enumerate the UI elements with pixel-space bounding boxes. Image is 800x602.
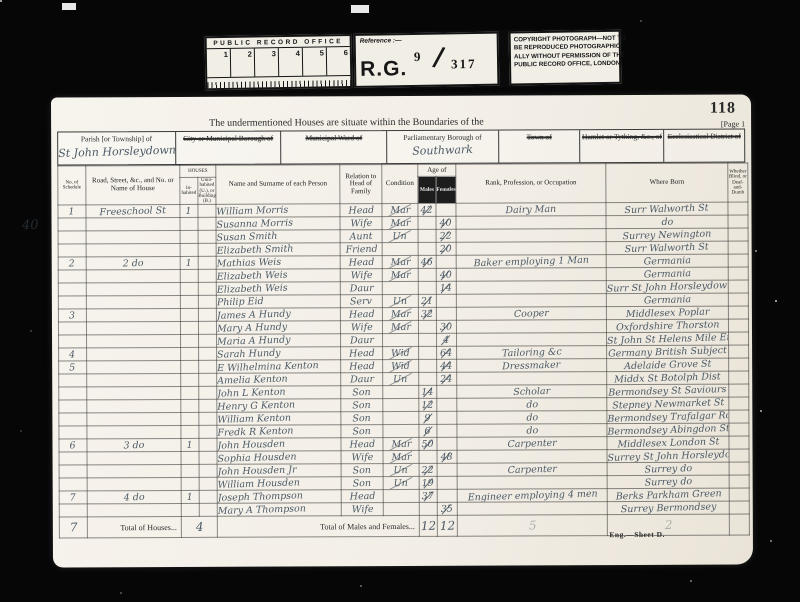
cell-condition: [383, 399, 419, 412]
cell-age_m: 46: [418, 256, 436, 269]
cell-road: [86, 270, 180, 283]
cell-age_f: 48: [437, 451, 457, 464]
cell-relation: Daur: [341, 334, 383, 347]
folio-number: 118: [710, 100, 736, 118]
cell-relation: Daur: [340, 282, 382, 295]
cell-inhabited: [180, 244, 198, 257]
ruler-number: 2: [231, 48, 255, 76]
cell-schedule: [59, 426, 87, 439]
cell-condition: Mar: [382, 256, 418, 269]
cell-occupation: Dairy Man: [456, 203, 606, 217]
cell-relation: Friend: [340, 243, 382, 256]
cell-road: 3 do: [87, 439, 181, 452]
cell-blind: [729, 332, 749, 345]
ruler-number: 6: [327, 47, 350, 75]
scan-noise: [0, 0, 2, 2]
cell-uninhabited: [199, 491, 217, 504]
cell-blind: [729, 475, 749, 488]
cell-occupation: [456, 229, 606, 243]
cell-uninhabited: [198, 244, 216, 257]
cell-age_m: [418, 230, 436, 243]
col-males: Males: [418, 176, 436, 203]
col-name: Name and Surname of each Person: [216, 165, 340, 205]
cell-age_f: 40: [436, 269, 456, 282]
cell-uninhabited: [199, 504, 217, 517]
col-road: Road, Street, &c., and No. or Name of Ho…: [86, 165, 180, 205]
cell-blind: [729, 462, 749, 475]
cell-age_m: [418, 217, 436, 230]
cell-age_m: [418, 269, 436, 282]
cell-age_m: 37: [419, 490, 437, 503]
cell-born: Germany British Subject: [607, 345, 729, 359]
cell-age_f: 44: [437, 360, 457, 373]
cell-age_f: [436, 204, 456, 217]
cell-name: Mathias Weis: [216, 256, 340, 270]
cell-occupation: [457, 333, 607, 347]
cell-age_m: 32: [418, 308, 436, 321]
cell-condition: Mar: [383, 438, 419, 451]
cell-schedule: [58, 270, 86, 283]
ruler-ticks: [207, 76, 350, 88]
cell-name: Fredk R Kenton: [217, 425, 341, 439]
cell-blind: [728, 280, 748, 293]
cell-schedule: [59, 413, 87, 426]
cell-inhabited: [181, 465, 199, 478]
cell-age_f: [437, 477, 457, 490]
cell-inhabited: [181, 452, 199, 465]
field-municipal-ward: Municipal Ward of: [281, 131, 387, 163]
totals-males: 12: [419, 516, 437, 537]
cell-schedule: 1: [58, 205, 86, 218]
cell-name: William Morris: [216, 204, 340, 218]
cell-blind: [729, 345, 749, 358]
cell-uninhabited: [199, 478, 217, 491]
cell-occupation: [457, 450, 607, 464]
cell-relation: Aunt: [340, 230, 382, 243]
totals-faint-a: 5: [457, 515, 607, 537]
cell-relation: Head: [341, 438, 383, 451]
cell-inhabited: [180, 218, 198, 231]
reference-series: R.G.: [360, 57, 408, 82]
cell-age_f: [437, 386, 457, 399]
cell-relation: Head: [341, 360, 383, 373]
cell-inhabited: [180, 231, 198, 244]
pro-reference-stamp: PUBLIC RECORD OFFICE 1 2 3 4 5 6 Referen…: [203, 28, 624, 93]
cell-uninhabited: [198, 322, 216, 335]
cell-relation: Head: [341, 347, 383, 360]
cell-blind: [729, 371, 749, 384]
cell-condition: Un: [383, 373, 419, 386]
cell-occupation: [456, 294, 606, 308]
cell-inhabited: 1: [180, 257, 198, 270]
cell-inhabited: [181, 426, 199, 439]
cell-schedule: [59, 387, 87, 400]
field-value: Southwark: [387, 142, 498, 158]
cell-blind: [729, 410, 749, 423]
cell-occupation: Tailoring &c: [457, 346, 607, 360]
cell-uninhabited: [198, 231, 216, 244]
field-label: City or Municipal Borough of: [176, 135, 281, 144]
cell-born: Surr St John Horsleydown: [606, 280, 728, 294]
col-houses: HOUSES: [180, 165, 216, 177]
cell-uninhabited: [199, 413, 217, 426]
cell-born: Germania: [606, 267, 728, 281]
cell-name: William Kenton: [217, 412, 341, 426]
cell-uninhabited: [199, 465, 217, 478]
cell-name: James A Hundy: [216, 308, 340, 322]
cell-age_m: [418, 243, 436, 256]
cell-age_m: [419, 503, 437, 516]
cell-name: Susanna Morris: [216, 217, 340, 231]
cell-age_m: [419, 347, 437, 360]
film-edge-mark: [62, 3, 76, 12]
cell-blind: [729, 358, 749, 371]
cell-occupation: do: [457, 398, 607, 412]
field-ecclesiastical-district: Ecclesiastical District of: [664, 130, 744, 162]
cell-schedule: [59, 452, 87, 465]
field-label: Parish [or Township] of: [58, 135, 175, 144]
col-females: Females: [436, 176, 456, 203]
cell-schedule: [58, 218, 86, 231]
cell-condition: Wid: [383, 360, 419, 373]
cell-schedule: [59, 465, 87, 478]
cell-occupation: Dressmaker: [457, 359, 607, 373]
cell-road: [87, 361, 181, 374]
cell-born: Surrey Bermondsey: [607, 501, 729, 515]
cell-uninhabited: [199, 361, 217, 374]
ruler-number: 3: [255, 48, 279, 76]
cell-occupation: [456, 216, 606, 230]
pro-ruler: PUBLIC RECORD OFFICE 1 2 3 4 5 6: [205, 34, 353, 90]
cell-inhabited: [180, 270, 198, 283]
cell-name: Philip Eid: [216, 295, 340, 309]
film-edge-mark: [348, 5, 372, 13]
cell-road: [87, 413, 181, 426]
locality-header: Parish [or Township] of St John Horsleyd…: [57, 129, 745, 166]
col-relation: Relation to Head of Family: [340, 165, 382, 204]
cell-road: [87, 400, 181, 413]
cell-occupation: Engineer employing 4 men: [457, 489, 607, 503]
cell-born: St John St Helens Mile End: [607, 332, 729, 346]
cell-condition: Mar: [382, 204, 418, 217]
cell-born: Surr Walworth St: [606, 241, 728, 255]
cell-schedule: [59, 400, 87, 413]
cell-schedule: [59, 374, 87, 387]
cell-uninhabited: [198, 283, 216, 296]
cell-relation: Son: [341, 425, 383, 438]
cell-condition: Un: [383, 477, 419, 490]
cell-occupation: [457, 372, 607, 386]
cell-age_f: [437, 425, 457, 438]
cell-schedule: [59, 504, 87, 517]
cell-name: Henry G Kenton: [217, 399, 341, 413]
cell-occupation: Baker employing 1 Man: [456, 255, 606, 269]
cell-relation: Daur: [341, 373, 383, 386]
cell-road: Freeschool St: [86, 205, 180, 218]
cell-name: Mary A Hundy: [216, 321, 340, 335]
cell-inhabited: [180, 322, 198, 335]
cell-blind: [729, 488, 749, 501]
cell-inhabited: [181, 400, 199, 413]
cell-name: Elizabeth Weis: [216, 282, 340, 296]
cell-name: Amelia Kenton: [217, 373, 341, 387]
cell-age_f: [436, 256, 456, 269]
field-parish: Parish [or Township] of St John Horsleyd…: [58, 132, 176, 165]
cell-name: Elizabeth Smith: [216, 243, 340, 257]
reference-folio: 317: [451, 56, 477, 72]
cell-condition: Un: [382, 230, 418, 243]
cell-relation: Head: [341, 490, 383, 503]
totals-schedule-note: 7: [59, 517, 87, 538]
cell-born: Middlesex Poplar: [606, 306, 728, 320]
cell-condition: Mar: [383, 451, 419, 464]
cell-schedule: 4: [59, 348, 87, 361]
cell-name: E Wilhelmina Kenton: [217, 360, 341, 374]
field-parliamentary-borough: Parliamentary Borough of Southwark: [387, 131, 499, 163]
cell-uninhabited: [199, 426, 217, 439]
cell-road: [87, 478, 181, 491]
reference-piece: 9: [414, 49, 421, 65]
cell-occupation: [457, 476, 607, 490]
cell-condition: [383, 412, 419, 425]
cell-inhabited: [180, 283, 198, 296]
col-blind: Whether Blind, or Deaf-and-Dumb: [728, 163, 748, 202]
field-city-borough: City or Municipal Borough of: [176, 132, 282, 164]
cell-name: John Housden Jr: [217, 464, 341, 478]
cell-age_m: 22: [419, 464, 437, 477]
cell-occupation: [457, 502, 607, 516]
cell-born: Middlesex London St: [607, 436, 729, 450]
cell-born: Oxfordshire Thorston: [606, 319, 728, 333]
cell-schedule: 2: [58, 257, 86, 270]
cell-age_m: 6: [419, 425, 437, 438]
cell-schedule: [58, 231, 86, 244]
cell-condition: Mar: [382, 308, 418, 321]
cell-inhabited: 1: [180, 205, 198, 218]
cell-age_m: [419, 360, 437, 373]
cell-age_f: [437, 490, 457, 503]
pro-copyright-box: COPYRIGHT PHOTOGRAPH—NOT TO BE REPRODUCE…: [509, 30, 622, 86]
cell-relation: Wife: [341, 503, 383, 516]
field-label: Municipal Ward of: [281, 134, 386, 143]
cell-occupation: Scholar: [457, 385, 607, 399]
col-occupation: Rank, Profession, or Occupation: [456, 164, 606, 204]
cell-age_f: [437, 438, 457, 451]
cell-born: Bermondsey St Saviours: [607, 384, 729, 398]
cell-blind: [728, 202, 748, 215]
cell-occupation: do: [457, 424, 607, 438]
cell-condition: [383, 334, 419, 347]
cell-uninhabited: [199, 374, 217, 387]
cell-inhabited: [181, 361, 199, 374]
cell-road: [87, 504, 181, 517]
cell-name: William Housden: [217, 477, 341, 491]
cell-schedule: [58, 296, 86, 309]
cell-relation: Head: [340, 256, 382, 269]
cell-occupation: do: [457, 411, 607, 425]
cell-relation: Son: [341, 399, 383, 412]
cell-occupation: Carpenter: [457, 463, 607, 477]
cell-road: [86, 283, 180, 296]
cell-uninhabited: [199, 452, 217, 465]
cell-born: Surr Walworth St: [606, 202, 728, 216]
cell-road: [86, 296, 180, 309]
cell-name: Maria A Hundy: [217, 334, 341, 348]
cell-age_f: 40: [436, 217, 456, 230]
cell-road: 4 do: [87, 491, 181, 504]
cell-blind: [729, 397, 749, 410]
cell-blind: [728, 293, 748, 306]
field-hamlet: Hamlet or Tything, &c., of: [581, 130, 665, 162]
cell-blind: [728, 306, 748, 319]
cell-blind: [728, 228, 748, 241]
cell-road: [87, 452, 181, 465]
cell-relation: Wife: [341, 451, 383, 464]
cell-inhabited: [180, 296, 198, 309]
pro-reference-box: Reference :— R.G. 9 / 317: [354, 32, 500, 88]
cell-condition: [383, 503, 419, 516]
cell-born: Adelaide Grove St: [607, 358, 729, 372]
cell-age_f: 24: [437, 373, 457, 386]
cell-age_f: [436, 295, 456, 308]
cell-road: [87, 465, 181, 478]
cell-road: [86, 322, 180, 335]
cell-occupation: [456, 281, 606, 295]
cell-age_m: [418, 321, 436, 334]
cell-schedule: 6: [59, 439, 87, 452]
cell-inhabited: [181, 348, 199, 361]
margin-annotation: 40: [22, 218, 39, 233]
cell-occupation: Carpenter: [457, 437, 607, 451]
cell-inhabited: [181, 504, 199, 517]
cell-condition: [383, 386, 419, 399]
col-born: Where Born: [606, 163, 728, 203]
cell-age_m: [419, 451, 437, 464]
cell-age_f: 64: [437, 347, 457, 360]
reference-slash: /: [431, 42, 446, 73]
cell-age_f: [437, 412, 457, 425]
cell-uninhabited: [198, 309, 216, 322]
cell-born: Germania: [606, 254, 728, 268]
cell-schedule: 5: [59, 361, 87, 374]
page-label: [Page 1: [721, 120, 745, 129]
cell-born: Surrey Newington: [606, 228, 728, 242]
cell-schedule: [58, 283, 86, 296]
cell-blind: [729, 449, 749, 462]
pro-ruler-scale: 1 2 3 4 5 6: [207, 47, 350, 78]
field-label: Ecclesiastical District of: [664, 133, 744, 142]
cell-schedule: [59, 478, 87, 491]
cell-condition: Mar: [382, 269, 418, 282]
cell-road: [87, 426, 181, 439]
cell-condition: Wid: [383, 347, 419, 360]
cell-uninhabited: [199, 439, 217, 452]
cell-age_f: 14: [436, 282, 456, 295]
cell-name: Elizabeth Weis: [216, 269, 340, 283]
cell-uninhabited: [198, 270, 216, 283]
cell-uninhabited: [198, 296, 216, 309]
col-age: Age of: [418, 164, 456, 176]
cell-inhabited: [181, 374, 199, 387]
cell-blind: [729, 384, 749, 397]
cell-condition: Un: [383, 464, 419, 477]
cell-uninhabited: [198, 257, 216, 270]
cell-born: Stepney Newmarket St: [607, 397, 729, 411]
cell-road: [87, 387, 181, 400]
cell-road: [87, 335, 181, 348]
cell-condition: [383, 490, 419, 503]
cell-name: Sophia Housden: [217, 451, 341, 465]
cell-relation: Wife: [340, 217, 382, 230]
cell-inhabited: [181, 387, 199, 400]
cell-blind: [729, 436, 749, 449]
cell-road: [86, 309, 180, 322]
cell-occupation: Cooper: [456, 307, 606, 321]
ruler-number: 4: [279, 48, 303, 76]
cell-age_m: [419, 373, 437, 386]
cell-inhabited: 1: [181, 439, 199, 452]
cell-condition: [383, 425, 419, 438]
cell-age_m: [419, 334, 437, 347]
cell-road: [87, 348, 181, 361]
cell-born: Bermondsey Trafalgar Row: [607, 410, 729, 424]
cell-blind: [728, 241, 748, 254]
cell-relation: Serv: [340, 295, 382, 308]
reference-label: Reference :—: [360, 36, 493, 45]
cell-name: John Housden: [217, 438, 341, 452]
cell-blind: [728, 319, 748, 332]
cell-blind: [728, 267, 748, 280]
cell-age_m: 21: [418, 295, 436, 308]
field-label: Town of: [499, 133, 580, 142]
totals-houses-value: 4: [181, 517, 217, 538]
cell-uninhabited: [198, 218, 216, 231]
ruler-number: 1: [207, 49, 231, 77]
field-value: St John Horsleydown: [58, 143, 175, 160]
cell-age_m: 9: [419, 412, 437, 425]
cell-name: Mary A Thompson: [217, 503, 341, 517]
cell-occupation: [456, 268, 606, 282]
col-condition: Condition: [382, 164, 418, 203]
cell-schedule: 7: [59, 491, 87, 504]
field-label: Parliamentary Borough of: [387, 134, 498, 143]
cell-schedule: [58, 244, 86, 257]
cell-relation: Son: [341, 386, 383, 399]
cell-age_m: 50: [419, 438, 437, 451]
cell-relation: Son: [341, 464, 383, 477]
cell-inhabited: 1: [181, 491, 199, 504]
cell-age_m: [418, 282, 436, 295]
cell-uninhabited: [199, 348, 217, 361]
cell-uninhabited: [199, 400, 217, 413]
cell-uninhabited: [199, 387, 217, 400]
col-uninhabited: Unin-habited (U.), or Building (B.): [198, 177, 216, 204]
cell-inhabited: [180, 309, 198, 322]
cell-schedule: [58, 322, 86, 335]
cell-name: Joseph Thompson: [217, 490, 341, 504]
cell-uninhabited: [198, 205, 216, 218]
cell-age_f: [436, 308, 456, 321]
col-inhabited: In-habited: [180, 177, 198, 204]
cell-age_f: 35: [437, 503, 457, 516]
cell-relation: Son: [341, 477, 383, 490]
cell-blind: [728, 215, 748, 228]
cell-age_f: 22: [436, 230, 456, 243]
census-table: No. of Schedule Road, Street, &c., and N…: [57, 162, 750, 538]
col-schedule: No. of Schedule: [58, 166, 86, 205]
cell-condition: [382, 243, 418, 256]
cell-schedule: [59, 335, 87, 348]
